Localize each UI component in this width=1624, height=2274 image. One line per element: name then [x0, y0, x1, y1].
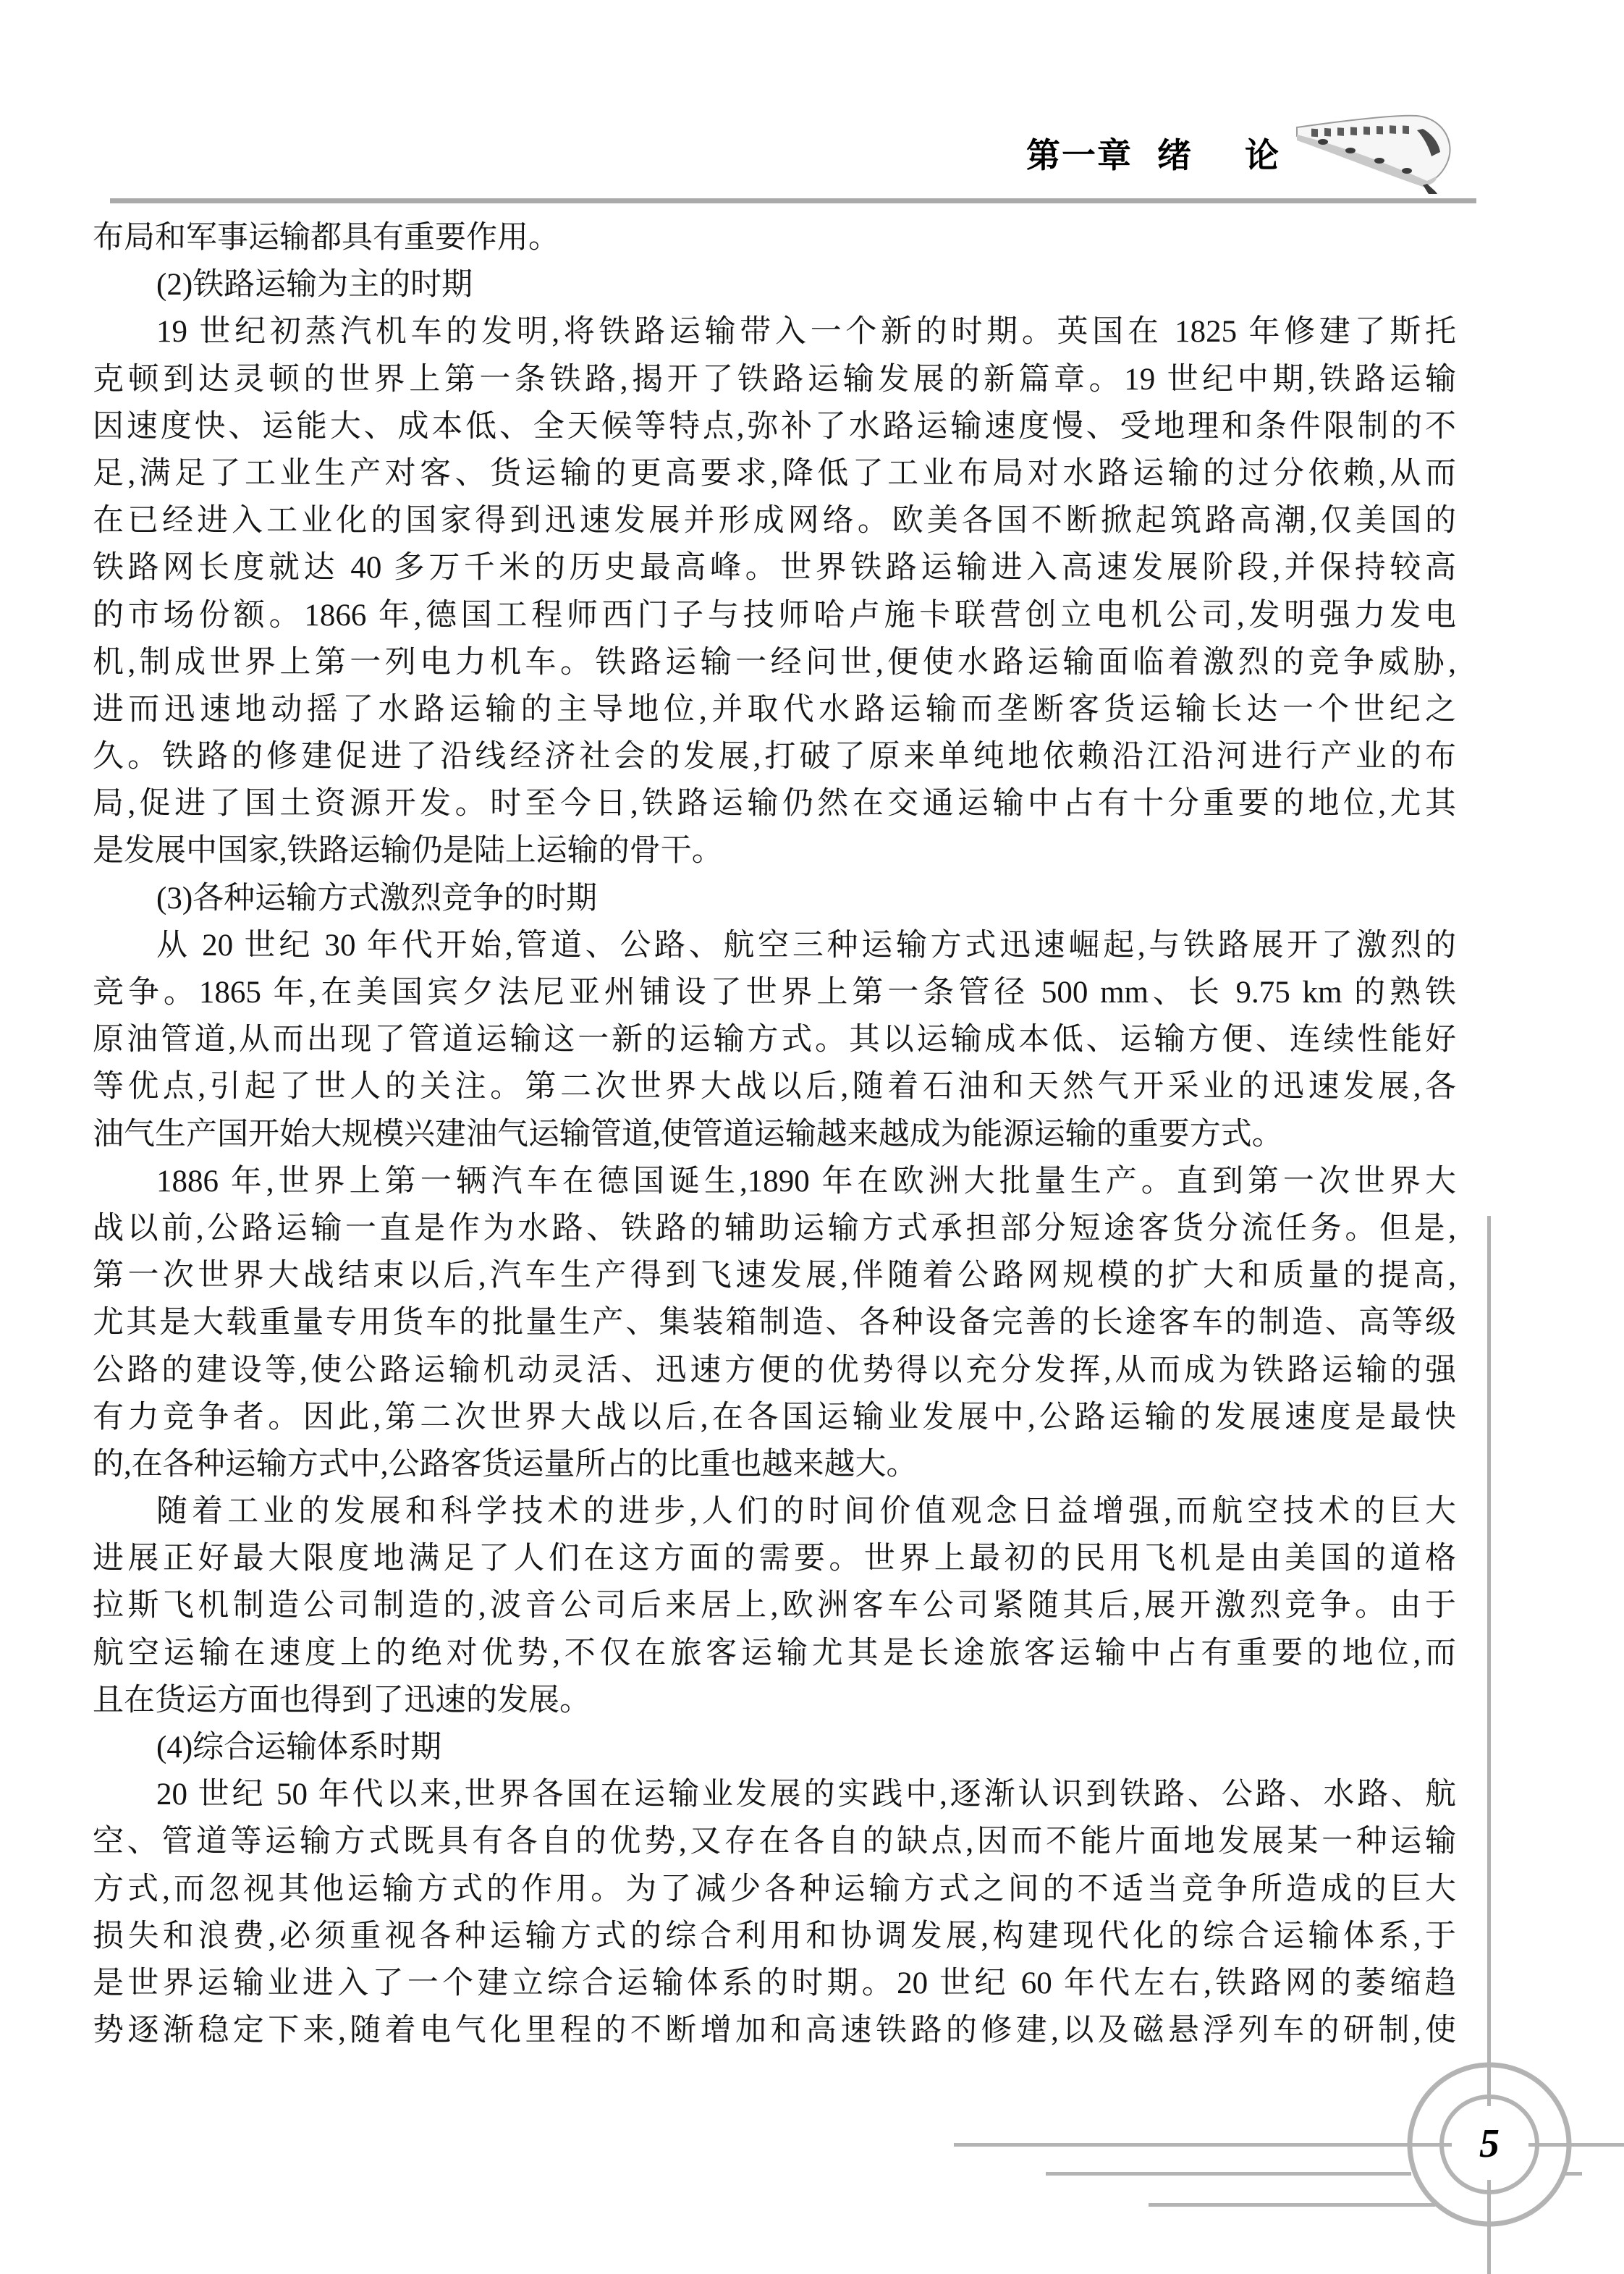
text-line: 拉斯飞机制造公司制造的,波音公司后来居上,欧洲客车公司紧随其后,展开激烈竞争。由… — [93, 1582, 1456, 1629]
text-line: 方式,而忽视其他运输方式的作用。为了减少各种运输方式之间的不适当竞争所造成的巨大 — [93, 1866, 1456, 1913]
text-line: 空、管道等运输方式既具有各自的优势,又存在各自的缺点,因而不能片面地发展某一种运… — [93, 1818, 1456, 1865]
text-line: 进而迅速地动摇了水路运输的主导地位,并取代水路运输而垄断客货运输长达一个世纪之 — [93, 686, 1456, 733]
decorative-horizontal-line — [954, 2143, 1452, 2147]
text-line: 有力竞争者。因此,第二次世界大战以后,在各国运输业发展中,公路运输的发展速度是最… — [93, 1394, 1456, 1441]
body-text: 布局和军事运输都具有重要作用。(2)铁路运输为主的时期19 世纪初蒸汽机车的发明… — [93, 214, 1456, 2054]
text-line: 油气生产国开始大规模兴建油气运输管道,使管道运输越来越成为能源运输的重要方式。 — [93, 1111, 1456, 1158]
decorative-horizontal-line — [1149, 2203, 1435, 2207]
text-line: (4)综合运输体系时期 — [93, 1724, 1456, 1771]
text-line: 等优点,引起了世人的关注。第二次世界大战以后,随着石油和天然气开采业的迅速发展,… — [93, 1063, 1456, 1110]
text-line: 第一次世界大战结束以后,汽车生产得到飞速发展,伴随着公路网规模的扩大和质量的提高… — [93, 1252, 1456, 1299]
text-line: 局,促进了国土资源开发。时至今日,铁路运输仍然在交通运输中占有十分重要的地位,尤… — [93, 780, 1456, 827]
text-line: 在已经进入工业化的国家得到迅速发展并形成网络。欧美各国不断掀起筑路高潮,仅美国的 — [93, 497, 1456, 544]
text-line: 的,在各种运输方式中,公路客货运量所占的比重也越来越大。 — [93, 1441, 1456, 1488]
text-line: 公路的建设等,使公路运输机动灵活、迅速方便的优势得以充分发挥,从而成为铁路运输的… — [93, 1347, 1456, 1394]
text-line: 航空运输在速度上的绝对优势,不仅在旅客运输尤其是长途旅客运输中占有重要的地位,而 — [93, 1630, 1456, 1677]
book-page: 第一章绪论 布局和军事运输都具有重要作用。(2)铁路运输为主的时期19 世纪初蒸… — [0, 0, 1624, 2274]
text-line: 铁路网长度就达 40 多万千米的历史最高峰。世界铁路运输进入高速发展阶段,并保持… — [93, 544, 1456, 591]
train-image — [1294, 94, 1462, 197]
text-line: 机,制成世界上第一列电力机车。铁路运输一经问世,便使水路运输面临着激烈的竞争威胁… — [93, 639, 1456, 686]
text-line: (2)铁路运输为主的时期 — [93, 261, 1456, 308]
text-line: 的市场份额。1866 年,德国工程师西门子与技师哈卢施卡联营创立电机公司,发明强… — [93, 592, 1456, 639]
text-line: 19 世纪初蒸汽机车的发明,将铁路运输带入一个新的时期。英国在 1825 年修建… — [93, 308, 1456, 355]
text-line: 20 世纪 50 年代以来,世界各国在运输业发展的实践中,逐渐认识到铁路、公路、… — [93, 1771, 1456, 1818]
text-line: 是世界运输业进入了一个建立综合运输体系的时期。20 世纪 60 年代左右,铁路网… — [93, 1960, 1456, 2007]
chapter-number: 第一章 — [1026, 138, 1133, 175]
decorative-horizontal-line — [1046, 2172, 1411, 2176]
text-line: 1886 年,世界上第一辆汽车在德国诞生,1890 年在欧洲大批量生产。直到第一… — [93, 1158, 1456, 1205]
text-line: (3)各种运输方式激烈竞争的时期 — [93, 875, 1456, 922]
text-line: 进展正好最大限度地满足了人们在这方面的需要。世界上最初的民用飞机是由美国的道格 — [93, 1535, 1456, 1582]
text-line: 是发展中国家,铁路运输仍是陆上运输的骨干。 — [93, 827, 1456, 874]
decorative-vertical-line — [1487, 1216, 1491, 2106]
chapter-name-char-2: 论 — [1245, 138, 1280, 175]
text-line: 且在货运方面也得到了迅速的发展。 — [93, 1677, 1456, 1724]
text-line: 因速度快、运能大、成本低、全天候等特点,弥补了水路运输速度慢、受地理和条件限制的… — [93, 403, 1456, 450]
text-line: 损失和浪费,必须重视各种运输方式的综合利用和协调发展,构建现代化的综合运输体系,… — [93, 1913, 1456, 1960]
text-line: 克顿到达灵顿的世界上第一条铁路,揭开了铁路运输发展的新篇章。19 世纪中期,铁路… — [93, 356, 1456, 403]
text-line: 从 20 世纪 30 年代开始,管道、公路、航空三种运输方式迅速崛起,与铁路展开… — [93, 922, 1456, 969]
text-line: 尤其是大载重量专用货车的批量生产、集装箱制造、各种设备完善的长途客车的制造、高等… — [93, 1299, 1456, 1346]
text-line: 势逐渐稳定下来,随着电气化里程的不断增加和高速铁路的修建,以及磁悬浮列车的研制,… — [93, 2007, 1456, 2054]
chapter-name-char-1: 绪 — [1157, 138, 1193, 175]
text-line: 足,满足了工业生产对客、货运输的更高要求,降低了工业布局对水路运输的过分依赖,从… — [93, 450, 1456, 497]
chapter-title: 第一章绪论 — [1026, 129, 1280, 177]
text-line: 竞争。1865 年,在美国宾夕法尼亚州铺设了世界上第一条管径 500 mm、长 … — [93, 969, 1456, 1016]
text-line: 久。铁路的修建促进了沿线经济社会的发展,打破了原来单纯地依赖沿江沿河进行产业的布 — [93, 733, 1456, 780]
page-number: 5 — [1469, 2121, 1510, 2167]
text-line: 原油管道,从而出现了管道运输这一新的运输方式。其以运输成本低、运输方便、连续性能… — [93, 1016, 1456, 1063]
text-line: 战以前,公路运输一直是作为水路、铁路的辅助运输方式承担部分短途客货分流任务。但是… — [93, 1205, 1456, 1252]
header-rule — [110, 198, 1476, 203]
text-line: 布局和军事运输都具有重要作用。 — [93, 214, 1456, 261]
text-line: 随着工业的发展和科学技术的进步,人们的时间价值观念日益增强,而航空技术的巨大 — [93, 1488, 1456, 1535]
